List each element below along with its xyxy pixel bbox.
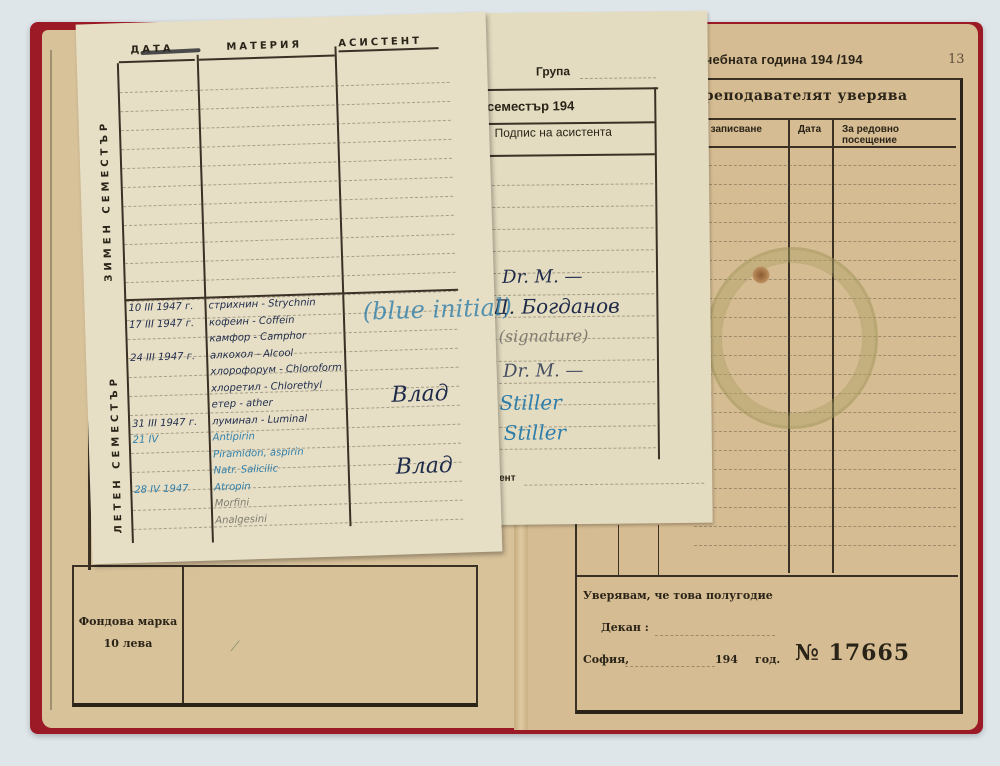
signature: (signature) [499, 326, 589, 346]
entry-subject: Antipirin [213, 431, 256, 443]
entry-subject: етер - ather [211, 398, 272, 411]
faint-mark: ⁄ [234, 639, 236, 655]
page-number: 13 [948, 52, 965, 67]
winter-semester-label: ЗИМЕН СЕМЕСТЪР [99, 120, 115, 282]
ruled-line [487, 205, 653, 208]
stain [752, 266, 770, 284]
rule [119, 59, 195, 63]
page-edge [50, 50, 52, 710]
ruled-line [694, 431, 956, 432]
ruled-line [125, 234, 455, 245]
ruled-line [125, 253, 455, 264]
ruled-line [694, 526, 956, 527]
assistant-signature: Влад [395, 453, 453, 480]
ruled-line [124, 215, 454, 226]
entry-date: 17 III 1947 г. [129, 318, 194, 331]
ruled-line [694, 450, 956, 451]
exercise-record-card: ДАТА МАТЕРИЯ АСИСТЕНТ ЗИМЕН СЕМЕСТЪР ЛЕТ… [76, 12, 503, 565]
ruled-line [122, 158, 452, 169]
certification-text: Уверявам, че това полугодие [583, 589, 773, 602]
entry-subject: хлоретил - Chlorethyl [211, 380, 322, 394]
ruled-line [694, 545, 956, 546]
entry-date: 28 IV 1947 [134, 483, 189, 496]
ruled-line [694, 469, 956, 470]
ruled-line [694, 165, 956, 166]
stamp-label-cell: Фондова марка 10 лева [74, 567, 184, 703]
attendance-column-header: За записване Дата За редовно посещение [690, 118, 956, 148]
stamp-label-line1: Фондова марка [74, 611, 182, 633]
ruled-line [694, 488, 956, 489]
rule [199, 54, 335, 60]
ruled-line [694, 507, 956, 508]
serial-number: № 17665 [795, 640, 910, 666]
signature: Stiller [504, 420, 567, 445]
ruled-line [694, 184, 956, 185]
entry-subject: луминал - Luminal [212, 413, 307, 427]
entry-subject: Morfini [215, 497, 250, 509]
entry-date: 21 IV [133, 434, 159, 446]
group-line [580, 77, 656, 79]
entry-list: 10 III 1947 г.стрихнин - Strychnin17 III… [128, 293, 455, 543]
column-divider [658, 525, 659, 575]
entry-subject: хлорофорум - Chloroform [210, 362, 342, 377]
rule [468, 87, 658, 91]
column-date: Дата [798, 124, 821, 135]
ruled-line [694, 241, 956, 242]
ruled-line [126, 272, 456, 283]
entry-date: 10 III 1947 г. [128, 301, 193, 314]
entry-subject: кофеин - Coffein [209, 314, 295, 328]
signature: Stiller [499, 390, 562, 415]
embossed-seal [706, 247, 878, 429]
ruled-line [487, 183, 653, 186]
assistant-line [524, 483, 704, 486]
ruled-line [120, 101, 450, 112]
entry-date: 24 III 1947 г. [130, 350, 195, 363]
group-label: Група [536, 64, 570, 78]
column-attendance: За редовно посещение [842, 124, 956, 146]
entry-subject: Natr. Salicilic [214, 463, 279, 476]
year-label: 194 [715, 653, 738, 666]
entry-date: 31 III 1947 г. [132, 416, 197, 429]
date-line [625, 666, 715, 667]
entry-subject: Analgesini [215, 513, 267, 526]
entry-subject: стрихнин - Strychnin [208, 297, 316, 311]
attendance-title: Преподавателят уверява [690, 88, 908, 104]
year-suffix: год. [755, 653, 780, 666]
entry-subject: алкохол - Alcool [210, 347, 294, 361]
ruled-line [490, 447, 656, 450]
assistant-signature: Влад [391, 381, 449, 408]
column-date: ДАТА [130, 44, 174, 56]
entry-subject: Atropin [214, 481, 251, 493]
column-divider [618, 525, 619, 575]
signature: Dr. M. — [502, 266, 583, 288]
ruled-line [694, 203, 956, 204]
stamp-table: Фондова марка 10 лева ⁄ [72, 565, 478, 707]
stamp-label-line2: 10 лева [74, 633, 182, 655]
ruled-line [488, 249, 654, 252]
ruled-line [121, 120, 451, 131]
ruled-line [488, 227, 654, 230]
ruled-line [120, 82, 450, 93]
dean-label: Декан : [601, 621, 649, 634]
city-label: София, [583, 653, 629, 666]
stamp-label: Фондова марка 10 лева [74, 611, 182, 655]
dean-line [655, 635, 775, 636]
signature-column-label: Подпис на асистента [495, 125, 612, 140]
ruled-line [122, 139, 452, 150]
ruled-line [123, 196, 453, 207]
entry-subject: камфор - Camphor [209, 330, 306, 344]
ruled-line [123, 177, 453, 188]
assistant-signature: (blue initial) [362, 293, 512, 326]
signature: Dr. M. — [503, 360, 584, 382]
entry-subject: Piramidon, aspirin [213, 446, 304, 460]
column-subject: МАТЕРИЯ [226, 39, 302, 52]
summer-semester-label: ЛЕТЕН СЕМЕСТЪР [109, 375, 125, 534]
ruled-line [694, 222, 956, 223]
